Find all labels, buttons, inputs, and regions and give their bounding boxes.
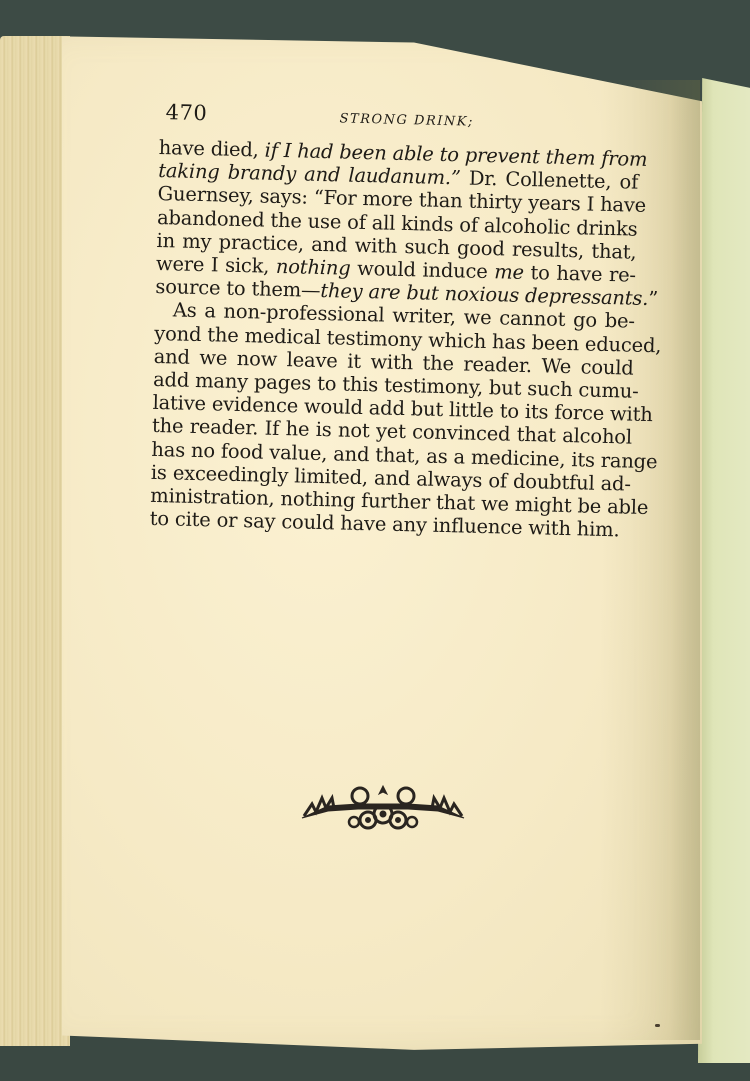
floral-ornament-icon [298, 778, 468, 836]
page-number: 470 [165, 100, 207, 125]
paper-speck [655, 1024, 660, 1027]
running-head-title: STRONG DRINK; [339, 111, 474, 129]
text-run: to have re- [524, 261, 636, 287]
text-run: ” [648, 287, 658, 310]
text-run: have died, [159, 136, 265, 162]
book-photo-scene: 470 STRONG DRINK; have died, if I had be… [0, 0, 750, 1081]
paragraph-1: have died, if I had been able to prevent… [155, 136, 639, 310]
text-run: were I sick, [156, 252, 277, 278]
paragraph-2: As a non-professional writer, we cannot … [149, 298, 635, 542]
italic-run: me [494, 260, 524, 284]
body-text: have died, if I had been able to prevent… [149, 136, 638, 542]
text-run: would induce [350, 257, 494, 284]
italic-run: nothing [276, 255, 351, 280]
stacked-page-edges [0, 36, 70, 1046]
facing-page [698, 78, 750, 1063]
page-content: 470 STRONG DRINK; have died, if I had be… [149, 100, 639, 542]
